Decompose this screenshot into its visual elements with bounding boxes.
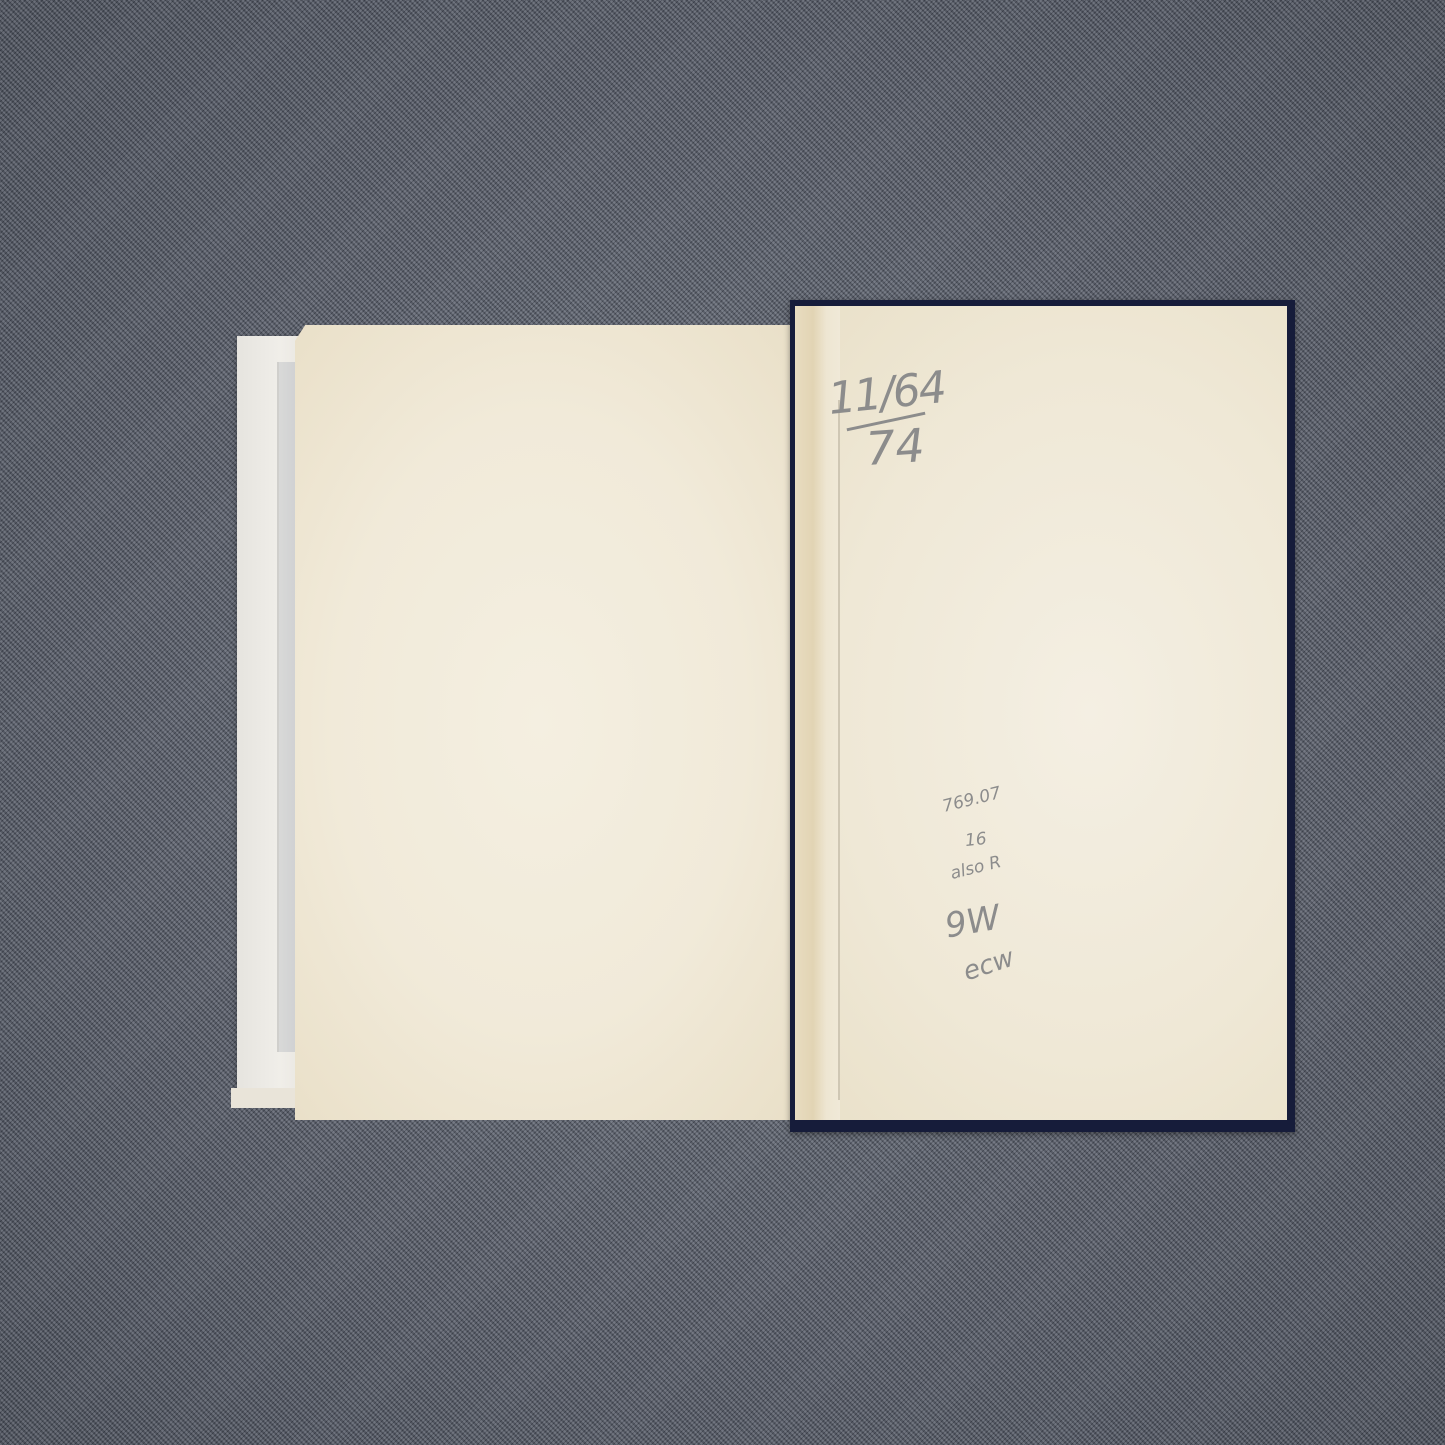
left-endpaper [295, 325, 805, 1120]
photo-scene: 11/64 74 769.07 16 also R 9W ecw [0, 0, 1445, 1445]
book-gutter-hinge [795, 306, 840, 1120]
hinge-crease [838, 400, 840, 1100]
pencil-price-note: 74 [864, 418, 926, 476]
pencil-cutter-number: 16 [964, 829, 988, 851]
